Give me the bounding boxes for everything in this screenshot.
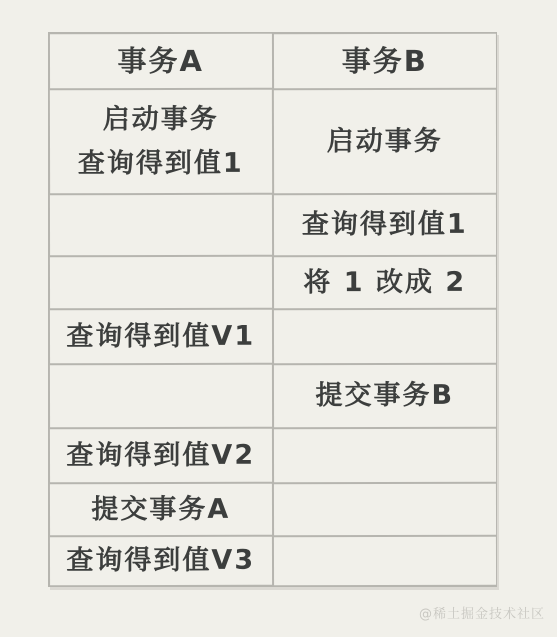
cell-r7-b bbox=[273, 484, 495, 536]
transaction-table: 事务A 事务B 启动事务 查询得到值1 启动事务 查询得到值1 将 1 改成 2… bbox=[48, 32, 497, 587]
cell-r6-b bbox=[273, 429, 495, 483]
cell-r1-b: 启动事务 bbox=[273, 90, 495, 194]
cell-r8-a: 查询得到值V3 bbox=[50, 537, 272, 586]
cell-r6-a: 查询得到值V2 bbox=[50, 429, 272, 483]
cell-r8-b bbox=[273, 537, 495, 586]
watermark: @稀土掘金技术社区 bbox=[419, 603, 545, 622]
cell-r7-a: 提交事务A bbox=[50, 484, 272, 536]
column-header-transaction-b: 事务B bbox=[273, 34, 495, 89]
cell-r2-b: 查询得到值1 bbox=[273, 195, 495, 256]
cell-r3-b: 将 1 改成 2 bbox=[273, 257, 495, 309]
column-header-transaction-a: 事务A bbox=[50, 34, 272, 89]
cell-r5-a bbox=[50, 365, 272, 428]
transaction-timeline-sheet: 事务A 事务B 启动事务 查询得到值1 启动事务 查询得到值1 将 1 改成 2… bbox=[48, 32, 497, 587]
cell-r1-a: 启动事务 查询得到值1 bbox=[50, 90, 272, 194]
cell-r4-a: 查询得到值V1 bbox=[50, 310, 272, 364]
cell-r2-a bbox=[50, 195, 272, 256]
cell-r3-a bbox=[50, 257, 272, 309]
page: 事务A 事务B 启动事务 查询得到值1 启动事务 查询得到值1 将 1 改成 2… bbox=[0, 0, 557, 637]
cell-r5-b: 提交事务B bbox=[273, 365, 495, 428]
cell-r4-b bbox=[273, 310, 495, 364]
